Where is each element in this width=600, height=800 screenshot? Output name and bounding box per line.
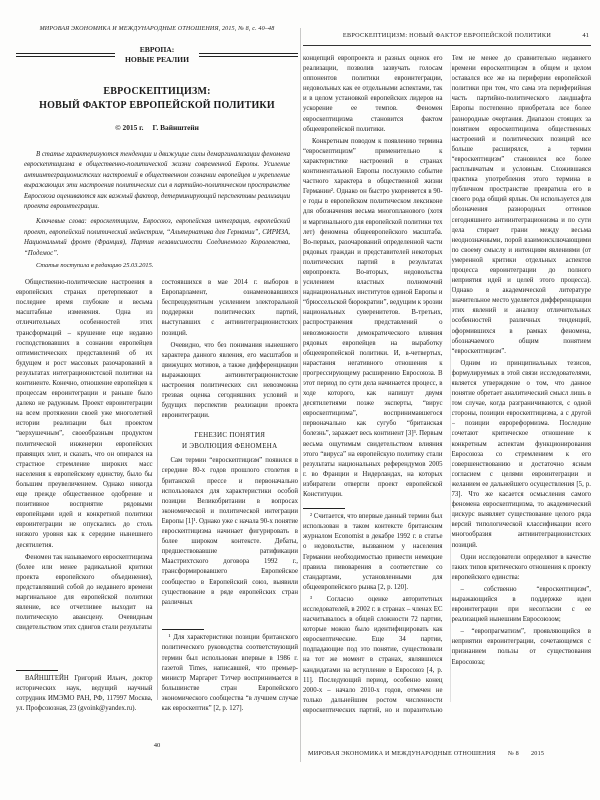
section-rubric: ЕВРОПА: НОВЫЕ РЕАЛИИ bbox=[16, 45, 298, 65]
keywords: Ключевые слова: евроскептицизм, Евросоюз… bbox=[16, 217, 298, 259]
body-paragraph: Одним из принципиальных тезисов, формули… bbox=[452, 359, 592, 551]
running-head-row: ЕВРОСКЕПТИЦИЗМ: НОВЫЙ ФАКТОР ЕВРОПЕЙСКОЙ… bbox=[303, 32, 591, 42]
page-number: 40 bbox=[16, 742, 298, 749]
typology-list-item: – собственно “евроскептицизм”, выражающи… bbox=[452, 585, 592, 625]
article-title: ЕВРОСКЕПТИЦИЗМ: НОВЫЙ ФАКТОР ЕВРОПЕЙСКОЙ… bbox=[16, 85, 298, 113]
left-page-columns: Общественно-политические настроения в ев… bbox=[16, 278, 298, 716]
footnote-rule bbox=[303, 508, 345, 509]
right-page-columns: концепций европроекта и разных оценок ег… bbox=[303, 54, 591, 716]
typology-list-item: – “европрагматизм”, проявляющийся в непр… bbox=[452, 627, 592, 667]
journal-spread: { "left_page": { "running_head": "МИРОВА… bbox=[0, 0, 600, 800]
journal-running-head: МИРОВАЯ ЭКОНОМИКА И МЕЖДУНАРОДНЫЕ ОТНОШЕ… bbox=[16, 26, 298, 32]
footer-year: 2015 bbox=[531, 750, 544, 757]
journal-footer: МИРОВАЯ ЭКОНОМИКА И МЕЖДУНАРОДНЫЕ ОТНОШЕ… bbox=[308, 750, 556, 757]
footnote-2: ² Считается, что впервые данный термин б… bbox=[303, 512, 443, 593]
left-page: МИРОВАЯ ЭКОНОМИКА И МЕЖДУНАРОДНЫЕ ОТНОШЕ… bbox=[16, 0, 298, 800]
article-title-line2: НОВЫЙ ФАКТОР ЕВРОПЕЙСКОЙ ПОЛИТИКИ bbox=[16, 99, 298, 113]
footnote-1: ¹ Для характеристики позиции британского… bbox=[162, 633, 299, 714]
right-page: ЕВРОСКЕПТИЦИЗМ: НОВЫЙ ФАКТОР ЕВРОПЕЙСКОЙ… bbox=[303, 0, 591, 800]
body-paragraph: Конкретным поводом к появлению термина “… bbox=[303, 137, 443, 500]
author-footnote-block: ВАЙНШТЕЙН Григорий Ильич, доктор историч… bbox=[16, 664, 153, 716]
section-label: ЕВРОПА: НОВЫЕ РЕАЛИИ bbox=[115, 45, 199, 65]
running-head-rule bbox=[303, 45, 591, 46]
footer-journal-title: МИРОВАЯ ЭКОНОМИКА И МЕЖДУНАРОДНЫЕ ОТНОШЕ… bbox=[308, 750, 496, 757]
left-page-column-1: Общественно-политические настроения в ев… bbox=[16, 278, 153, 716]
rubric-rule-right bbox=[199, 53, 298, 57]
body-paragraph: концепций европроекта и разных оценок ег… bbox=[303, 54, 443, 135]
right-page-column-1: концепций европроекта и разных оценок ег… bbox=[303, 54, 443, 716]
section-label-line2: НОВЫЕ РЕАЛИИ bbox=[125, 55, 189, 65]
footnote-rule bbox=[162, 629, 204, 630]
article-title-line1: ЕВРОСКЕПТИЦИЗМ: bbox=[16, 85, 298, 99]
rubric-rule-left bbox=[16, 53, 115, 57]
body-paragraph: Тем не менее до сравнительно недавнего в… bbox=[452, 54, 592, 357]
body-paragraph: Одни исследователи определяют в качестве… bbox=[452, 553, 592, 583]
body-paragraph: Сам термин “евроскептицизм” появился в с… bbox=[162, 456, 299, 607]
section-heading-line1: ГЕНЕЗИС ПОНЯТИЯ bbox=[162, 430, 299, 441]
author-footnote: ВАЙНШТЕЙН Григорий Ильич, доктор историч… bbox=[16, 674, 153, 714]
left-page-column-2: состоявшихся в мае 2014 г. выборов в Евр… bbox=[162, 278, 299, 716]
body-paragraph: Общественно-политические настроения в ев… bbox=[16, 278, 153, 551]
footnote-3: ³ Согласно оценке авторитетных исследова… bbox=[303, 595, 443, 716]
author-byline: © 2015 г.Г. Вайнштейн bbox=[16, 123, 298, 132]
received-date: Статья поступила в редакцию 25.03.2015. bbox=[16, 262, 298, 269]
footnote-rule bbox=[16, 670, 58, 671]
right-page-column-2: Тем не менее до сравнительно недавнего в… bbox=[452, 54, 592, 716]
page-gutter-line bbox=[300, 28, 301, 762]
footnote-block: ² Считается, что впервые данный термин б… bbox=[303, 502, 443, 716]
author-name: Г. Вайнштейн bbox=[153, 123, 199, 132]
copyright-year: © 2015 г. bbox=[115, 123, 143, 132]
footer-issue: № 8 bbox=[508, 750, 519, 757]
abstract: В статье характеризуются тенденции и дви… bbox=[16, 150, 298, 212]
body-paragraph: состоявшихся в мае 2014 г. выборов в Евр… bbox=[162, 278, 299, 339]
section-heading-line2: И ЭВОЛЮЦИЯ ФЕНОМЕНА bbox=[162, 441, 299, 452]
section-heading: ГЕНЕЗИС ПОНЯТИЯ И ЭВОЛЮЦИЯ ФЕНОМЕНА bbox=[162, 430, 299, 451]
footnote-block: ¹ Для характеристики позиции британского… bbox=[162, 623, 299, 716]
section-label-line1: ЕВРОПА: bbox=[125, 45, 189, 55]
body-paragraph: Феномен так называемого евроскептицизма … bbox=[16, 553, 153, 634]
body-paragraph: Очевидно, что без понимания нынешнего ха… bbox=[162, 341, 299, 422]
page-number: 41 bbox=[582, 32, 589, 39]
article-running-head: ЕВРОСКЕПТИЦИЗМ: НОВЫЙ ФАКТОР ЕВРОПЕЙСКОЙ… bbox=[303, 32, 591, 39]
